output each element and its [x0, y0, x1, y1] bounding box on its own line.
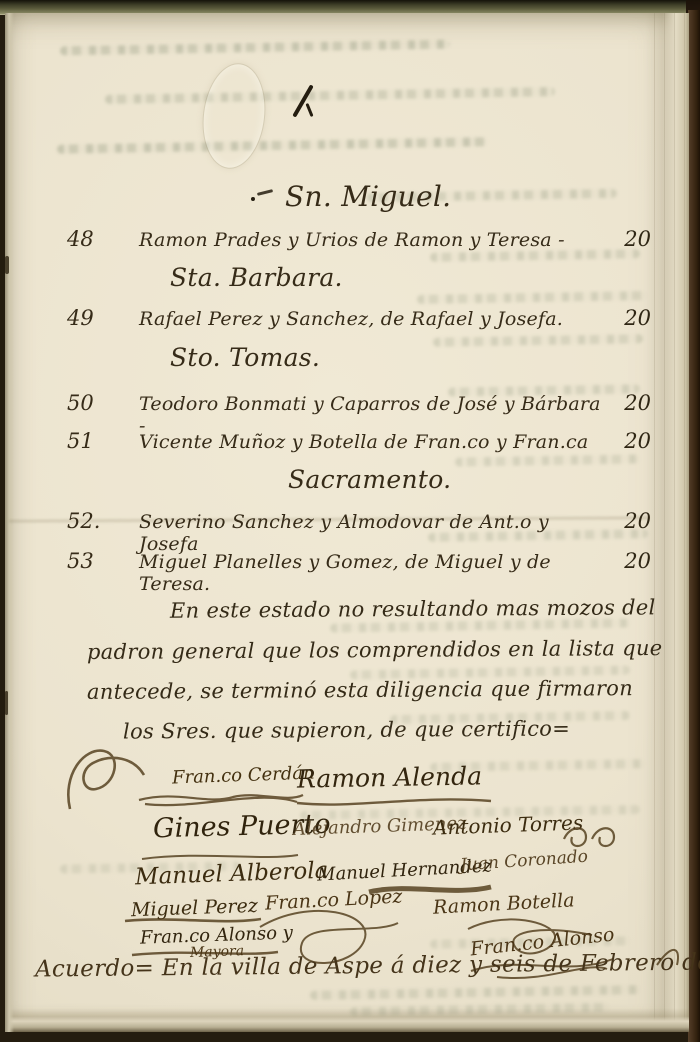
- ink-speck: [251, 197, 255, 201]
- bleedthrough-line: [455, 454, 640, 466]
- register-entry: 48 Ramon Prades y Urios de Ramon y Teres…: [67, 227, 651, 251]
- section-heading-sacramento: Sacramento.: [288, 465, 451, 494]
- register-entry: 51 Vicente Muñoz y Botella de Fran.co y …: [67, 429, 651, 453]
- ink-speck: [305, 103, 313, 117]
- entry-age: 20: [605, 429, 651, 453]
- closing-line: los Sres. que supieron, de que certifico…: [123, 716, 570, 743]
- entry-name: Ramon Prades y Urios de Ramon y Teresa -: [139, 229, 605, 251]
- bleedthrough-line: [57, 137, 487, 154]
- signature-juan-coronado: Juan Coronado: [459, 847, 588, 876]
- entry-age: 20: [605, 391, 651, 415]
- footer-end-stroke: [653, 938, 683, 970]
- entry-age: 20: [605, 549, 651, 573]
- signature-francisco-cerdan: Fran.co Cerdán: [172, 763, 315, 789]
- register-entry: 53 Miguel Planelles y Gomez, de Miguel y…: [67, 549, 651, 595]
- entry-number: 50: [67, 391, 139, 415]
- embossed-seal: [197, 60, 271, 173]
- closing-line: En este estado no resultando mas mozos d…: [170, 595, 656, 622]
- section-heading-san-miguel: Sn. Miguel.: [285, 180, 451, 213]
- bleedthrough-line: [430, 249, 640, 262]
- edge-notch: [5, 256, 9, 274]
- signature-ramon-alenda: Ramon Alenda: [297, 761, 482, 793]
- ink-speck: [257, 189, 273, 196]
- edge-notch: [5, 691, 8, 715]
- section-heading-santa-barbara: Sta. Barbara.: [170, 263, 343, 292]
- signature-flourish: [295, 793, 495, 809]
- bleedthrough-line: [60, 40, 450, 56]
- bleedthrough-line: [433, 334, 643, 347]
- entry-name: Rafael Perez y Sanchez, de Rafael y Jose…: [139, 308, 605, 330]
- book-spine: [688, 10, 700, 1042]
- closing-line: antecede, se terminó esta diligencia que…: [87, 676, 633, 704]
- signature-manuel-alberola: Manuel Alberola: [135, 858, 329, 891]
- manuscript-page: Sn. Miguel. 48 Ramon Prades y Urios de R…: [5, 13, 689, 1032]
- entry-age: 20: [605, 227, 651, 251]
- entry-number: 53: [67, 549, 139, 573]
- bleedthrough-line: [310, 985, 640, 1000]
- register-entry: 49 Rafael Perez y Sanchez, de Rafael y J…: [67, 306, 651, 330]
- bleedthrough-line: [105, 87, 555, 104]
- entry-number: 48: [67, 227, 139, 251]
- manuscript-scan: Sn. Miguel. 48 Ramon Prades y Urios de R…: [0, 0, 700, 1042]
- entry-age: 20: [605, 306, 651, 330]
- page-fore-edge: [645, 13, 689, 1032]
- entry-age: 20: [605, 509, 651, 533]
- section-heading-santo-tomas: Sto. Tomas.: [170, 343, 320, 372]
- entry-number: 51: [67, 429, 139, 453]
- entry-name: Vicente Muñoz y Botella de Fran.co y Fra…: [139, 431, 605, 453]
- entry-number: 49: [67, 306, 139, 330]
- closing-line: padron general que los comprendidos en l…: [87, 636, 663, 664]
- bleedthrough-line: [417, 291, 647, 304]
- entry-number: 52.: [67, 509, 139, 533]
- signature-flourish: [135, 788, 307, 810]
- entry-name: Miguel Planelles y Gomez, de Miguel y de…: [139, 551, 605, 595]
